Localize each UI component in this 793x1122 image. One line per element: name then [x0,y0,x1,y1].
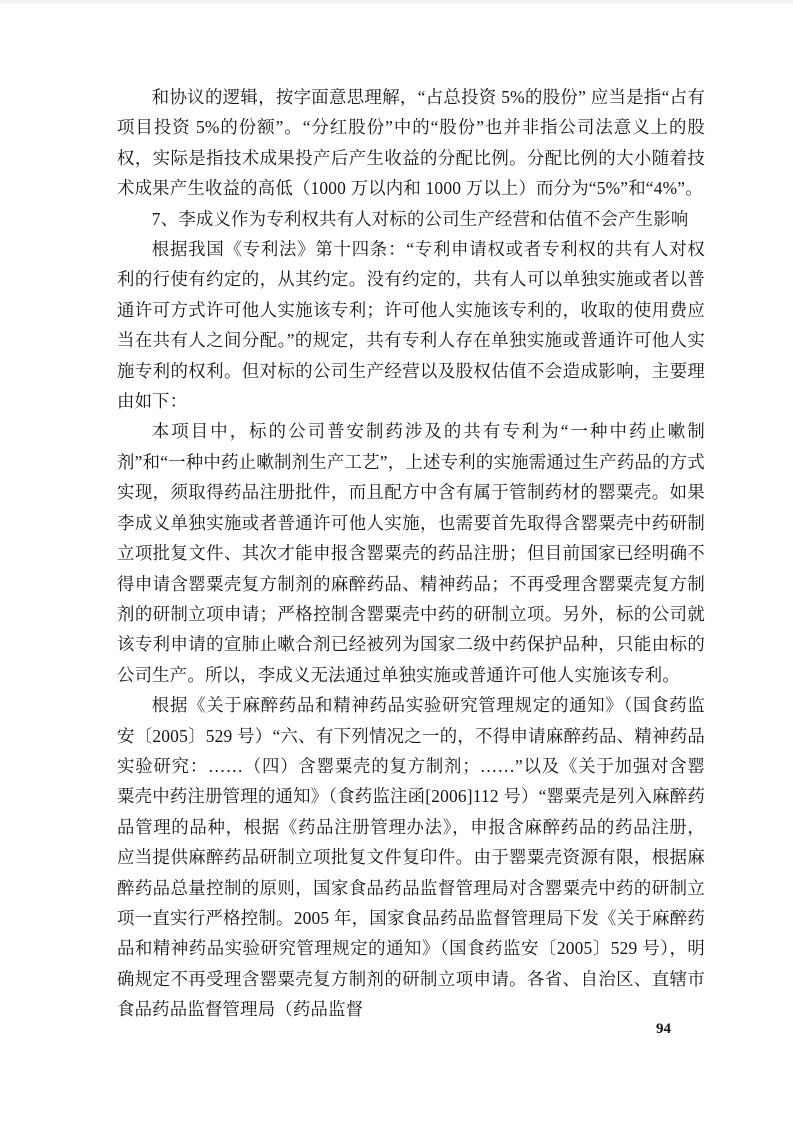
document-page: 和协议的逻辑，按字面意思理解，“占总投资 5%的股份” 应当是指“占有项目投资 … [0,0,793,1122]
paragraph: 本项目中，标的公司普安制药涉及的共有专利为“一种中药止嗽制剂”和“一种中药止嗽制… [117,416,705,690]
section-heading: 7、李成义作为专利权共有人对标的公司生产经营和估值不会产生影响 [117,204,705,234]
paragraph-continuation: 和协议的逻辑，按字面意思理解，“占总投资 5%的股份” 应当是指“占有项目投资 … [117,82,705,204]
page-top-edge [0,0,793,3]
paragraph: 根据《关于麻醉药品和精神药品实验研究管理规定的通知》（国食药监安〔2005〕52… [117,690,705,1024]
paragraph: 根据我国《专利法》第十四条：“专利申请权或者专利权的共有人对权利的行使有约定的，… [117,234,705,416]
page-text-block: 和协议的逻辑，按字面意思理解，“占总投资 5%的股份” 应当是指“占有项目投资 … [117,82,705,1025]
page-number: 94 [656,1021,671,1038]
